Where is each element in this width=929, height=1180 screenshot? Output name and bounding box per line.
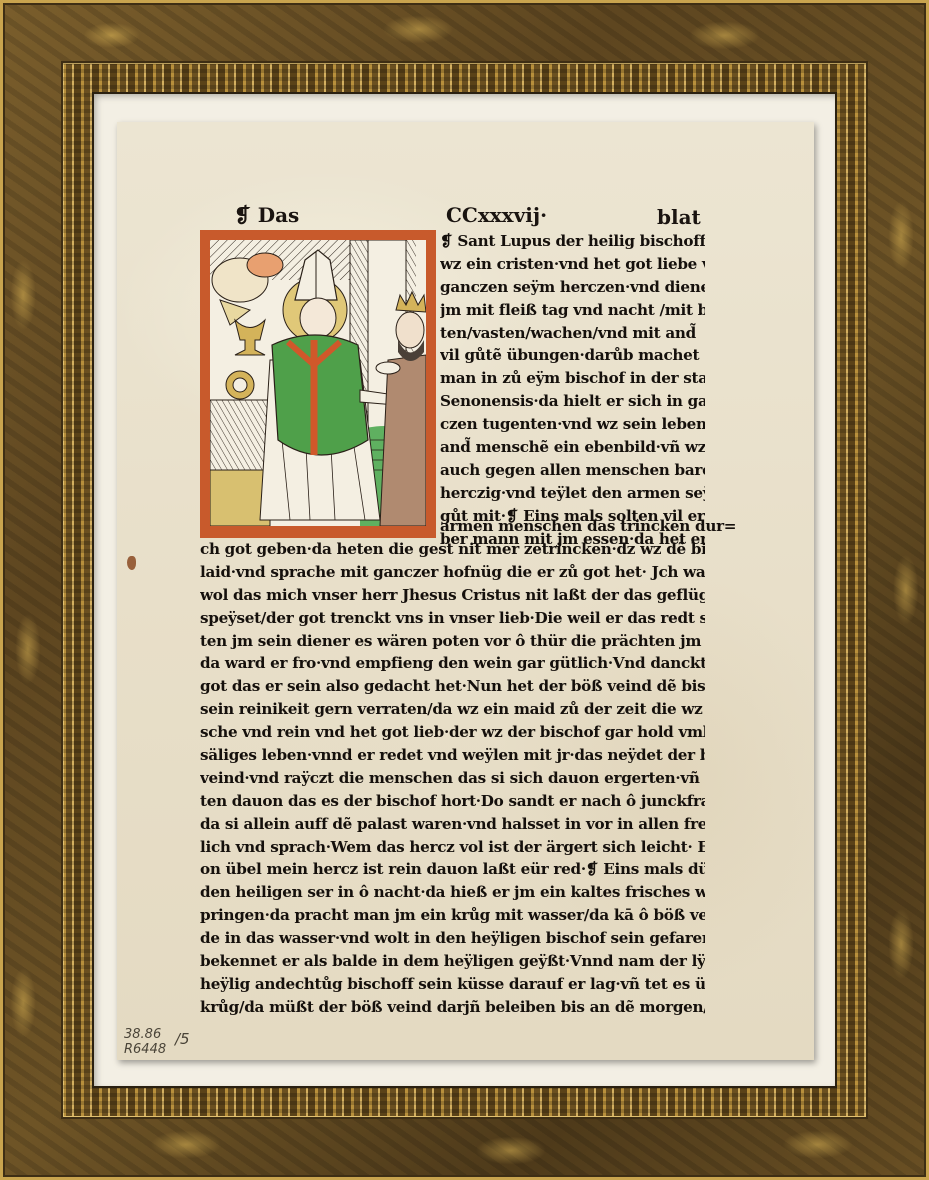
text-line: and̃ menschẽ ein ebenbild·vñ wz [440,436,705,459]
text-line: sche vnd rein vnd het got lieb·der wz de… [200,721,705,744]
text-line: got das er sein also gedacht het·Nun het… [200,675,705,698]
text-line: wol das mich vnser herr Jhesus Cristus n… [200,584,705,607]
text-line: ganczen seÿm herczen·vnd dienett [440,276,705,299]
saint-lupus-woodcut-image [210,240,426,526]
text-line: czen tugenten·vnd wz sein leben dẽ [440,413,705,436]
text-line: man in zů eÿm bischof in der statt [440,367,705,390]
text-line: sein reinikeit gern verraten/da wz ein m… [200,698,705,721]
text-line: veind·vnd raÿczt die menschen das si sic… [200,767,705,790]
accession-suffix: /5 [175,1030,190,1048]
text-line: vil gůtẽ übungen·darůb machet [440,344,705,367]
woodcut-illustration [200,230,436,538]
text-line: den heiligen ser in ô nacht·da hieß er j… [200,881,705,904]
text-line: herczig·vnd teÿlet den armen seÿn [440,482,705,505]
text-line: de in das wasser·vnd wolt in den heÿlige… [200,927,705,950]
text-line: heÿlig andechtůg bischoff sein küsse dar… [200,973,705,996]
text-column-beside-woodcut: ❡ Sant Lupus der heilig bischoff wz ein … [440,230,705,550]
text-line: on übel mein hercz ist rein dauon laßt e… [200,858,705,881]
text-line: ten/vasten/wachen/vnd mit and̃ [440,322,705,345]
text-line: ten dauon das es der bischof hort·Do san… [200,790,705,813]
text-line: ten jm sein diener es wären poten vor ô … [200,630,705,653]
text-line: da si allein auff dẽ palast waren·vnd ha… [200,813,705,836]
text-column-full-width: armen menschen das trincken dur= ch got … [200,538,705,1019]
text-line: lich vnd sprach·Wem das hercz vol ist de… [200,836,705,859]
text-line: krůg/da müßt der böß veind darjñ beleibe… [200,996,705,1019]
text-line: auch gegen allen menschen barem [440,459,705,482]
archive-accession-mark: 38.86 R6448 [124,1027,166,1057]
text-line: ❡ Sant Lupus der heilig bischoff [440,230,705,253]
text-line: wz ein cristen·vnd het got liebe vō [440,253,705,276]
text-line: speÿset/der got trenckt vns in vnser lie… [200,607,705,630]
text-line: pringen·da pracht man jm ein krůg mit wa… [200,904,705,927]
text-line: da ward er fro·vnd empfieng den wein gar… [200,652,705,675]
accession-number: 38.86 [124,1027,166,1042]
text-line: Senonensis·da hielt er sich in gan [440,390,705,413]
text-line: jm mit fleiß tag vnd nacht /mit be [440,299,705,322]
text-line: ch got geben·da heten die gest nit mer z… [200,538,705,561]
text-line: bekennet er als balde in dem heÿligen ge… [200,950,705,973]
foxing-stain [127,556,136,570]
text-line: armen menschen das trincken dur= [440,515,736,538]
text-line: säliges leben·vnnd er redet vnd weÿlen m… [200,744,705,767]
catalog-number: R6448 [124,1042,166,1057]
folio-number: CCxxxvij· [446,203,547,227]
text-line: laid·vnd sprache mit ganczer hofnüg die … [200,561,705,584]
running-head-right: blat [657,205,701,229]
running-head-left: ❡ Das [234,203,299,227]
woodcut-scene [210,240,426,526]
